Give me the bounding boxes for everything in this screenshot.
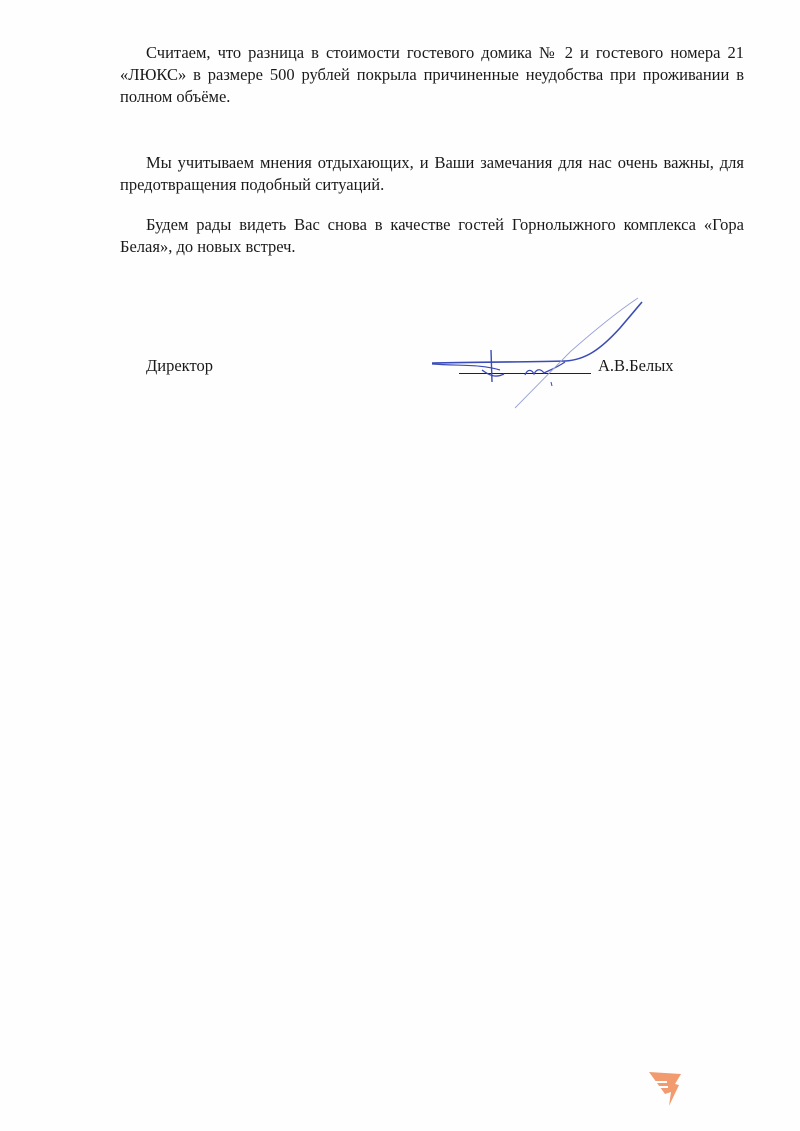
paragraph-closing: Будем рады видеть Вас снова в качестве г…: [120, 214, 744, 258]
signature-icon: [420, 290, 660, 410]
lightning-shield-logo-icon: [645, 1068, 685, 1108]
signature-block: Директор А.В.Белых: [0, 356, 800, 378]
paragraph-price-difference: Считаем, что разница в стоимости гостево…: [120, 42, 744, 108]
signatory-role: Директор: [146, 356, 213, 376]
paragraph-guest-feedback: Мы учитываем мнения отдыхающих, и Ваши з…: [120, 152, 744, 196]
document-page: Считаем, что разница в стоимости гостево…: [0, 0, 800, 1131]
